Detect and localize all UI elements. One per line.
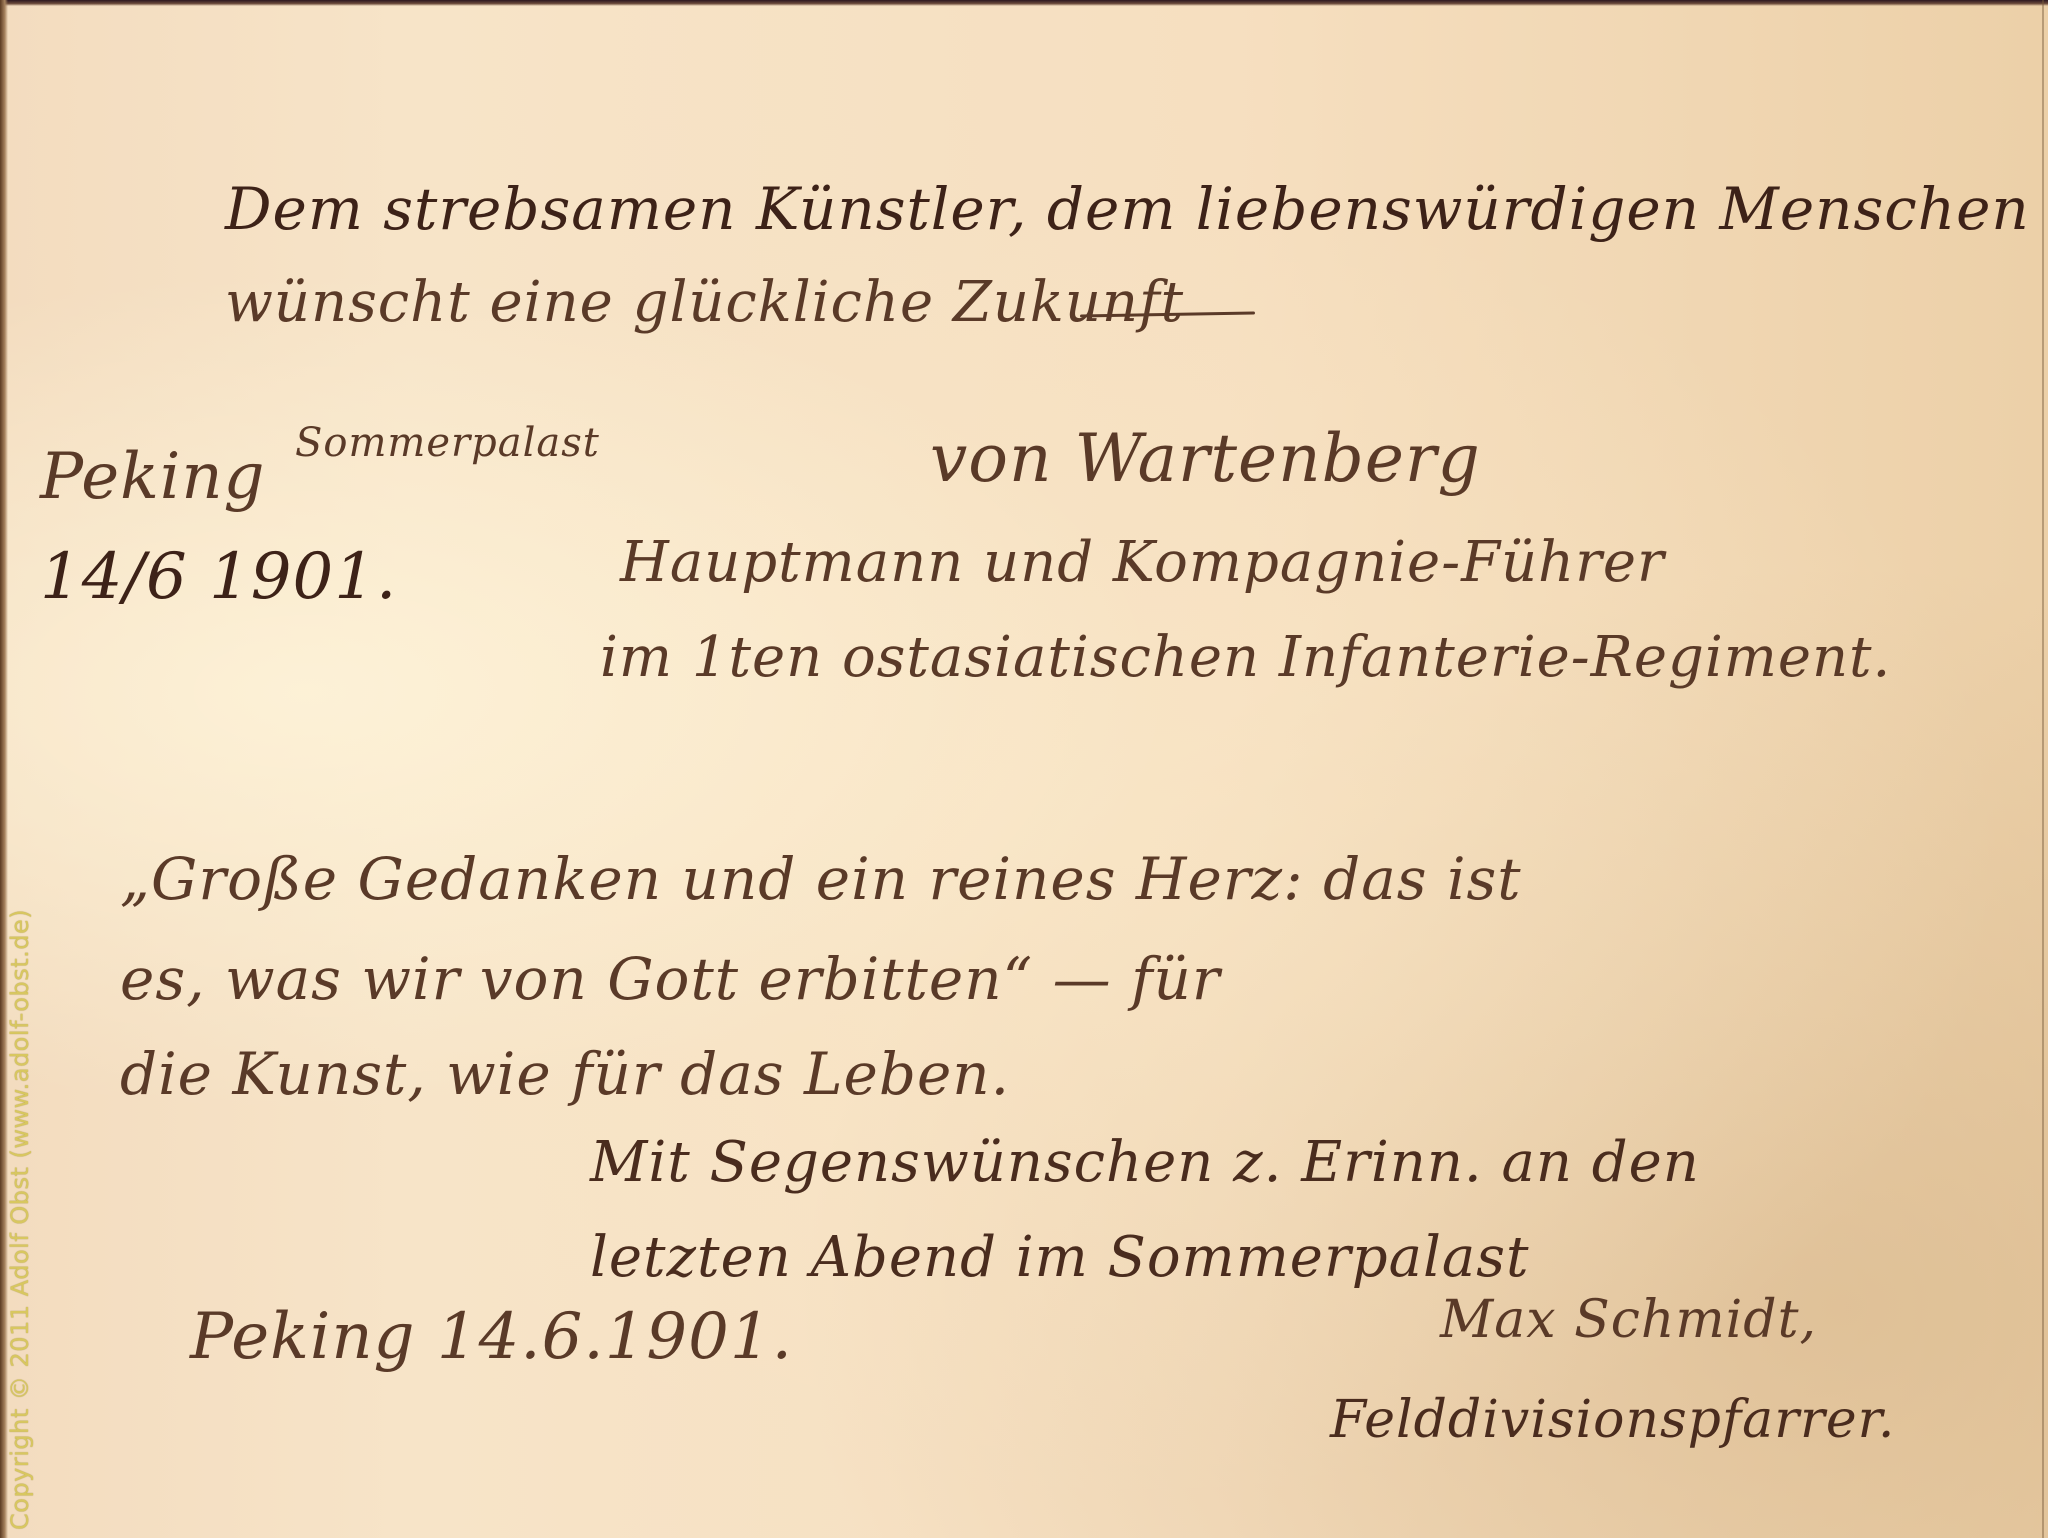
- entry2-greeting-line-2: letzten Abend im Sommerpalast: [590, 1225, 1530, 1290]
- entry1-rank-line-1: Hauptmann und Kompagnie-Führer: [620, 530, 1665, 595]
- entry2-quote-line-1: „Große Gedanken und ein reines Herz: das…: [120, 845, 1522, 913]
- entry2-place-date: Peking 14.6.1901.: [190, 1300, 793, 1374]
- page-right-edge: [2042, 0, 2044, 1538]
- album-page: Copyright © 2011 Adolf Obst (www.adolf-o…: [0, 0, 2048, 1538]
- entry2-greeting-line-1: Mit Segenswünschen z. Erinn. an den: [590, 1130, 1700, 1195]
- entry2-quote-line-2: es, was wir von Gott erbitten“ — für: [120, 945, 1221, 1013]
- entry2-signature: Max Schmidt,: [1440, 1290, 1817, 1350]
- entry1-place-note: Sommerpalast: [295, 420, 600, 466]
- page-top-edge: [0, 0, 2048, 6]
- entry1-rank-line-2: im 1ten ostasiatischen Infanterie-Regime…: [600, 625, 1891, 690]
- entry1-signature: von Wartenberg: [930, 420, 1481, 497]
- entry2-title: Felddivisionspfarrer.: [1330, 1390, 1895, 1450]
- entry2-quote-line-3: die Kunst, wie für das Leben.: [120, 1040, 1010, 1108]
- copyright-watermark: Copyright © 2011 Adolf Obst (www.adolf-o…: [6, 909, 34, 1530]
- entry1-dedication-line-1: Dem strebsamen Künstler, dem liebenswürd…: [225, 175, 2030, 243]
- entry1-dedication-line-2: wünscht eine glückliche Zukunft: [225, 270, 1184, 335]
- entry1-date: 14/6 1901.: [40, 540, 397, 614]
- entry1-place: Peking: [40, 440, 266, 514]
